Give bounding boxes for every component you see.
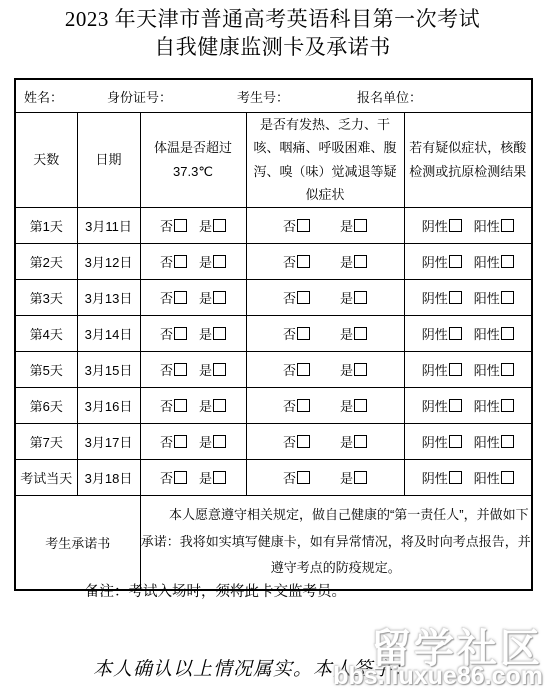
no-label: 否 bbox=[283, 399, 296, 414]
yes-label: 是 bbox=[199, 363, 212, 378]
yes-label: 是 bbox=[199, 291, 212, 306]
checkbox-temp-no bbox=[174, 363, 187, 376]
yes-label: 是 bbox=[340, 327, 353, 342]
checkbox-symptom-no bbox=[297, 255, 310, 268]
checkbox-positive bbox=[501, 255, 514, 268]
checkbox-symptom-yes bbox=[354, 399, 367, 412]
yes-label: 是 bbox=[340, 363, 353, 378]
yes-label: 是 bbox=[340, 255, 353, 270]
day-cell: 第5天 bbox=[15, 351, 77, 387]
note-line: 备注：考试入场时，须将此卡交监考员。 bbox=[85, 580, 346, 601]
name-label: 姓名： bbox=[24, 87, 107, 106]
checkbox-temp-yes bbox=[213, 435, 226, 448]
symptom-checkbox-cell: 否是 bbox=[246, 423, 404, 459]
yes-label: 是 bbox=[340, 471, 353, 486]
temperature-checkbox-cell: 否是 bbox=[140, 351, 246, 387]
checkbox-symptom-yes bbox=[354, 219, 367, 232]
monitor-table-row: 考试当天 3月18日 否是 否是 阴性阳性 bbox=[15, 459, 532, 495]
yes-label: 是 bbox=[199, 471, 212, 486]
no-label: 否 bbox=[160, 435, 173, 450]
candidate-number-label: 考生号： bbox=[237, 87, 357, 106]
temperature-checkbox-cell: 否是 bbox=[140, 315, 246, 351]
checkbox-symptom-no bbox=[297, 327, 310, 340]
positive-label: 阳性 bbox=[474, 291, 500, 306]
negative-label: 阴性 bbox=[422, 255, 448, 270]
no-label: 否 bbox=[160, 255, 173, 270]
day-cell: 第3天 bbox=[15, 279, 77, 315]
commitment-text: 本人愿意遵守相关规定，做自己健康的“第一责任人”，并做如下承诺：我将如实填写健康… bbox=[140, 495, 532, 590]
checkbox-positive bbox=[501, 291, 514, 304]
day-cell: 考试当天 bbox=[15, 459, 77, 495]
test-result-checkbox-cell: 阴性阳性 bbox=[404, 387, 532, 423]
monitor-table-row: 第6天 3月16日 否是 否是 阴性阳性 bbox=[15, 387, 532, 423]
checkbox-temp-no bbox=[174, 291, 187, 304]
checkbox-temp-yes bbox=[213, 291, 226, 304]
positive-label: 阳性 bbox=[474, 399, 500, 414]
day-cell: 第1天 bbox=[15, 207, 77, 243]
checkbox-temp-yes bbox=[213, 471, 226, 484]
checkbox-negative bbox=[449, 219, 462, 232]
no-label: 否 bbox=[160, 327, 173, 342]
symptom-checkbox-cell: 否是 bbox=[246, 243, 404, 279]
no-label: 否 bbox=[283, 291, 296, 306]
symptom-checkbox-cell: 否是 bbox=[246, 459, 404, 495]
col-header-date: 日期 bbox=[77, 113, 140, 208]
checkbox-temp-yes bbox=[213, 327, 226, 340]
test-result-checkbox-cell: 阴性阳性 bbox=[404, 459, 532, 495]
symptom-checkbox-cell: 否是 bbox=[246, 207, 404, 243]
checkbox-temp-no bbox=[174, 399, 187, 412]
no-label: 否 bbox=[283, 471, 296, 486]
col-header-symptoms: 是否有发热、乏力、干咳、咽痛、呼吸困难、腹泻、嗅（味）觉减退等疑似症状 bbox=[246, 113, 404, 208]
monitor-table-row: 第3天 3月13日 否是 否是 阴性阳性 bbox=[15, 279, 532, 315]
temperature-checkbox-cell: 否是 bbox=[140, 459, 246, 495]
checkbox-negative bbox=[449, 255, 462, 268]
date-cell: 3月17日 bbox=[77, 423, 140, 459]
day-cell: 第6天 bbox=[15, 387, 77, 423]
yes-label: 是 bbox=[340, 399, 353, 414]
document-title: 2023 年天津市普通高考英语科目第一次考试 自我健康监测卡及承诺书 bbox=[0, 0, 545, 61]
temperature-checkbox-cell: 否是 bbox=[140, 279, 246, 315]
checkbox-temp-no bbox=[174, 219, 187, 232]
info-row: 姓名： 身份证号： 考生号： 报名单位： bbox=[15, 79, 532, 113]
monitor-table-row: 第7天 3月17日 否是 否是 阴性阳性 bbox=[15, 423, 532, 459]
negative-label: 阴性 bbox=[422, 219, 448, 234]
symptom-checkbox-cell: 否是 bbox=[246, 279, 404, 315]
checkbox-positive bbox=[501, 363, 514, 376]
checkbox-negative bbox=[449, 435, 462, 448]
checkbox-temp-yes bbox=[213, 255, 226, 268]
checkbox-temp-no bbox=[174, 471, 187, 484]
day-cell: 第4天 bbox=[15, 315, 77, 351]
checkbox-symptom-no bbox=[297, 399, 310, 412]
checkbox-temp-yes bbox=[213, 219, 226, 232]
test-result-checkbox-cell: 阴性阳性 bbox=[404, 315, 532, 351]
document-page: 2023 年天津市普通高考英语科目第一次考试 自我健康监测卡及承诺书 姓名： 身… bbox=[0, 0, 545, 699]
checkbox-negative bbox=[449, 399, 462, 412]
negative-label: 阴性 bbox=[422, 327, 448, 342]
temperature-checkbox-cell: 否是 bbox=[140, 243, 246, 279]
monitor-table-row: 第2天 3月12日 否是 否是 阴性阳性 bbox=[15, 243, 532, 279]
day-cell: 第7天 bbox=[15, 423, 77, 459]
no-label: 否 bbox=[160, 471, 173, 486]
monitor-table-row: 第5天 3月15日 否是 否是 阴性阳性 bbox=[15, 351, 532, 387]
no-label: 否 bbox=[160, 363, 173, 378]
day-cell: 第2天 bbox=[15, 243, 77, 279]
symptom-checkbox-cell: 否是 bbox=[246, 387, 404, 423]
positive-label: 阳性 bbox=[474, 435, 500, 450]
yes-label: 是 bbox=[340, 435, 353, 450]
positive-label: 阳性 bbox=[474, 219, 500, 234]
no-label: 否 bbox=[160, 219, 173, 234]
yes-label: 是 bbox=[199, 435, 212, 450]
negative-label: 阴性 bbox=[422, 363, 448, 378]
checkbox-symptom-yes bbox=[354, 471, 367, 484]
checkbox-symptom-yes bbox=[354, 291, 367, 304]
test-result-checkbox-cell: 阴性阳性 bbox=[404, 207, 532, 243]
symptom-checkbox-cell: 否是 bbox=[246, 351, 404, 387]
monitor-table-row: 第4天 3月14日 否是 否是 阴性阳性 bbox=[15, 315, 532, 351]
positive-label: 阳性 bbox=[474, 471, 500, 486]
col-header-temperature: 体温是否超过 37.3℃ bbox=[140, 113, 246, 208]
positive-label: 阳性 bbox=[474, 327, 500, 342]
negative-label: 阴性 bbox=[422, 291, 448, 306]
table-header-row: 天数 日期 体温是否超过 37.3℃ 是否有发热、乏力、干咳、咽痛、呼吸困难、腹… bbox=[15, 113, 532, 208]
no-label: 否 bbox=[283, 255, 296, 270]
checkbox-symptom-no bbox=[297, 219, 310, 232]
col-header-days: 天数 bbox=[15, 113, 77, 208]
checkbox-symptom-yes bbox=[354, 435, 367, 448]
date-cell: 3月11日 bbox=[77, 207, 140, 243]
yes-label: 是 bbox=[199, 255, 212, 270]
test-result-checkbox-cell: 阴性阳性 bbox=[404, 243, 532, 279]
no-label: 否 bbox=[283, 435, 296, 450]
document-title-line2: 自我健康监测卡及承诺书 bbox=[0, 34, 545, 62]
checkbox-temp-no bbox=[174, 255, 187, 268]
date-cell: 3月18日 bbox=[77, 459, 140, 495]
positive-label: 阳性 bbox=[474, 363, 500, 378]
date-cell: 3月14日 bbox=[77, 315, 140, 351]
commitment-row: 考生承诺书 本人愿意遵守相关规定，做自己健康的“第一责任人”，并做如下承诺：我将… bbox=[15, 495, 532, 590]
signature-line: 本人确认以上情况属实。本人签字： bbox=[93, 654, 413, 681]
checkbox-temp-yes bbox=[213, 399, 226, 412]
id-number-label: 身份证号： bbox=[107, 87, 237, 106]
negative-label: 阴性 bbox=[422, 435, 448, 450]
no-label: 否 bbox=[283, 363, 296, 378]
checkbox-negative bbox=[449, 363, 462, 376]
yes-label: 是 bbox=[340, 219, 353, 234]
health-monitor-table: 姓名： 身份证号： 考生号： 报名单位： 天数 日期 体温是否超过 37.3℃ … bbox=[14, 78, 533, 591]
temperature-checkbox-cell: 否是 bbox=[140, 207, 246, 243]
date-cell: 3月12日 bbox=[77, 243, 140, 279]
date-cell: 3月15日 bbox=[77, 351, 140, 387]
checkbox-positive bbox=[501, 327, 514, 340]
checkbox-temp-no bbox=[174, 327, 187, 340]
checkbox-symptom-yes bbox=[354, 327, 367, 340]
positive-label: 阳性 bbox=[474, 255, 500, 270]
document-title-line1: 2023 年天津市普通高考英语科目第一次考试 bbox=[0, 6, 545, 34]
checkbox-symptom-yes bbox=[354, 363, 367, 376]
test-result-checkbox-cell: 阴性阳性 bbox=[404, 423, 532, 459]
checkbox-negative bbox=[449, 471, 462, 484]
yes-label: 是 bbox=[199, 327, 212, 342]
date-cell: 3月16日 bbox=[77, 387, 140, 423]
checkbox-temp-yes bbox=[213, 363, 226, 376]
checkbox-positive bbox=[501, 435, 514, 448]
checkbox-symptom-yes bbox=[354, 255, 367, 268]
col-header-test-result: 若有疑似症状，核酸检测或抗原检测结果 bbox=[404, 113, 532, 208]
registration-unit-label: 报名单位： bbox=[357, 87, 422, 106]
checkbox-negative bbox=[449, 327, 462, 340]
date-cell: 3月13日 bbox=[77, 279, 140, 315]
checkbox-symptom-no bbox=[297, 291, 310, 304]
no-label: 否 bbox=[160, 399, 173, 414]
no-label: 否 bbox=[283, 219, 296, 234]
negative-label: 阴性 bbox=[422, 471, 448, 486]
negative-label: 阴性 bbox=[422, 399, 448, 414]
checkbox-negative bbox=[449, 291, 462, 304]
temperature-checkbox-cell: 否是 bbox=[140, 387, 246, 423]
checkbox-positive bbox=[501, 219, 514, 232]
symptom-checkbox-cell: 否是 bbox=[246, 315, 404, 351]
yes-label: 是 bbox=[199, 219, 212, 234]
no-label: 否 bbox=[160, 291, 173, 306]
commitment-label: 考生承诺书 bbox=[15, 495, 140, 590]
monitor-table-row: 第1天 3月11日 否是 否是 阴性阳性 bbox=[15, 207, 532, 243]
yes-label: 是 bbox=[199, 399, 212, 414]
checkbox-temp-no bbox=[174, 435, 187, 448]
checkbox-symptom-no bbox=[297, 435, 310, 448]
checkbox-symptom-no bbox=[297, 471, 310, 484]
yes-label: 是 bbox=[340, 291, 353, 306]
checkbox-positive bbox=[501, 399, 514, 412]
test-result-checkbox-cell: 阴性阳性 bbox=[404, 351, 532, 387]
test-result-checkbox-cell: 阴性阳性 bbox=[404, 279, 532, 315]
no-label: 否 bbox=[283, 327, 296, 342]
checkbox-symptom-no bbox=[297, 363, 310, 376]
checkbox-positive bbox=[501, 471, 514, 484]
temperature-checkbox-cell: 否是 bbox=[140, 423, 246, 459]
